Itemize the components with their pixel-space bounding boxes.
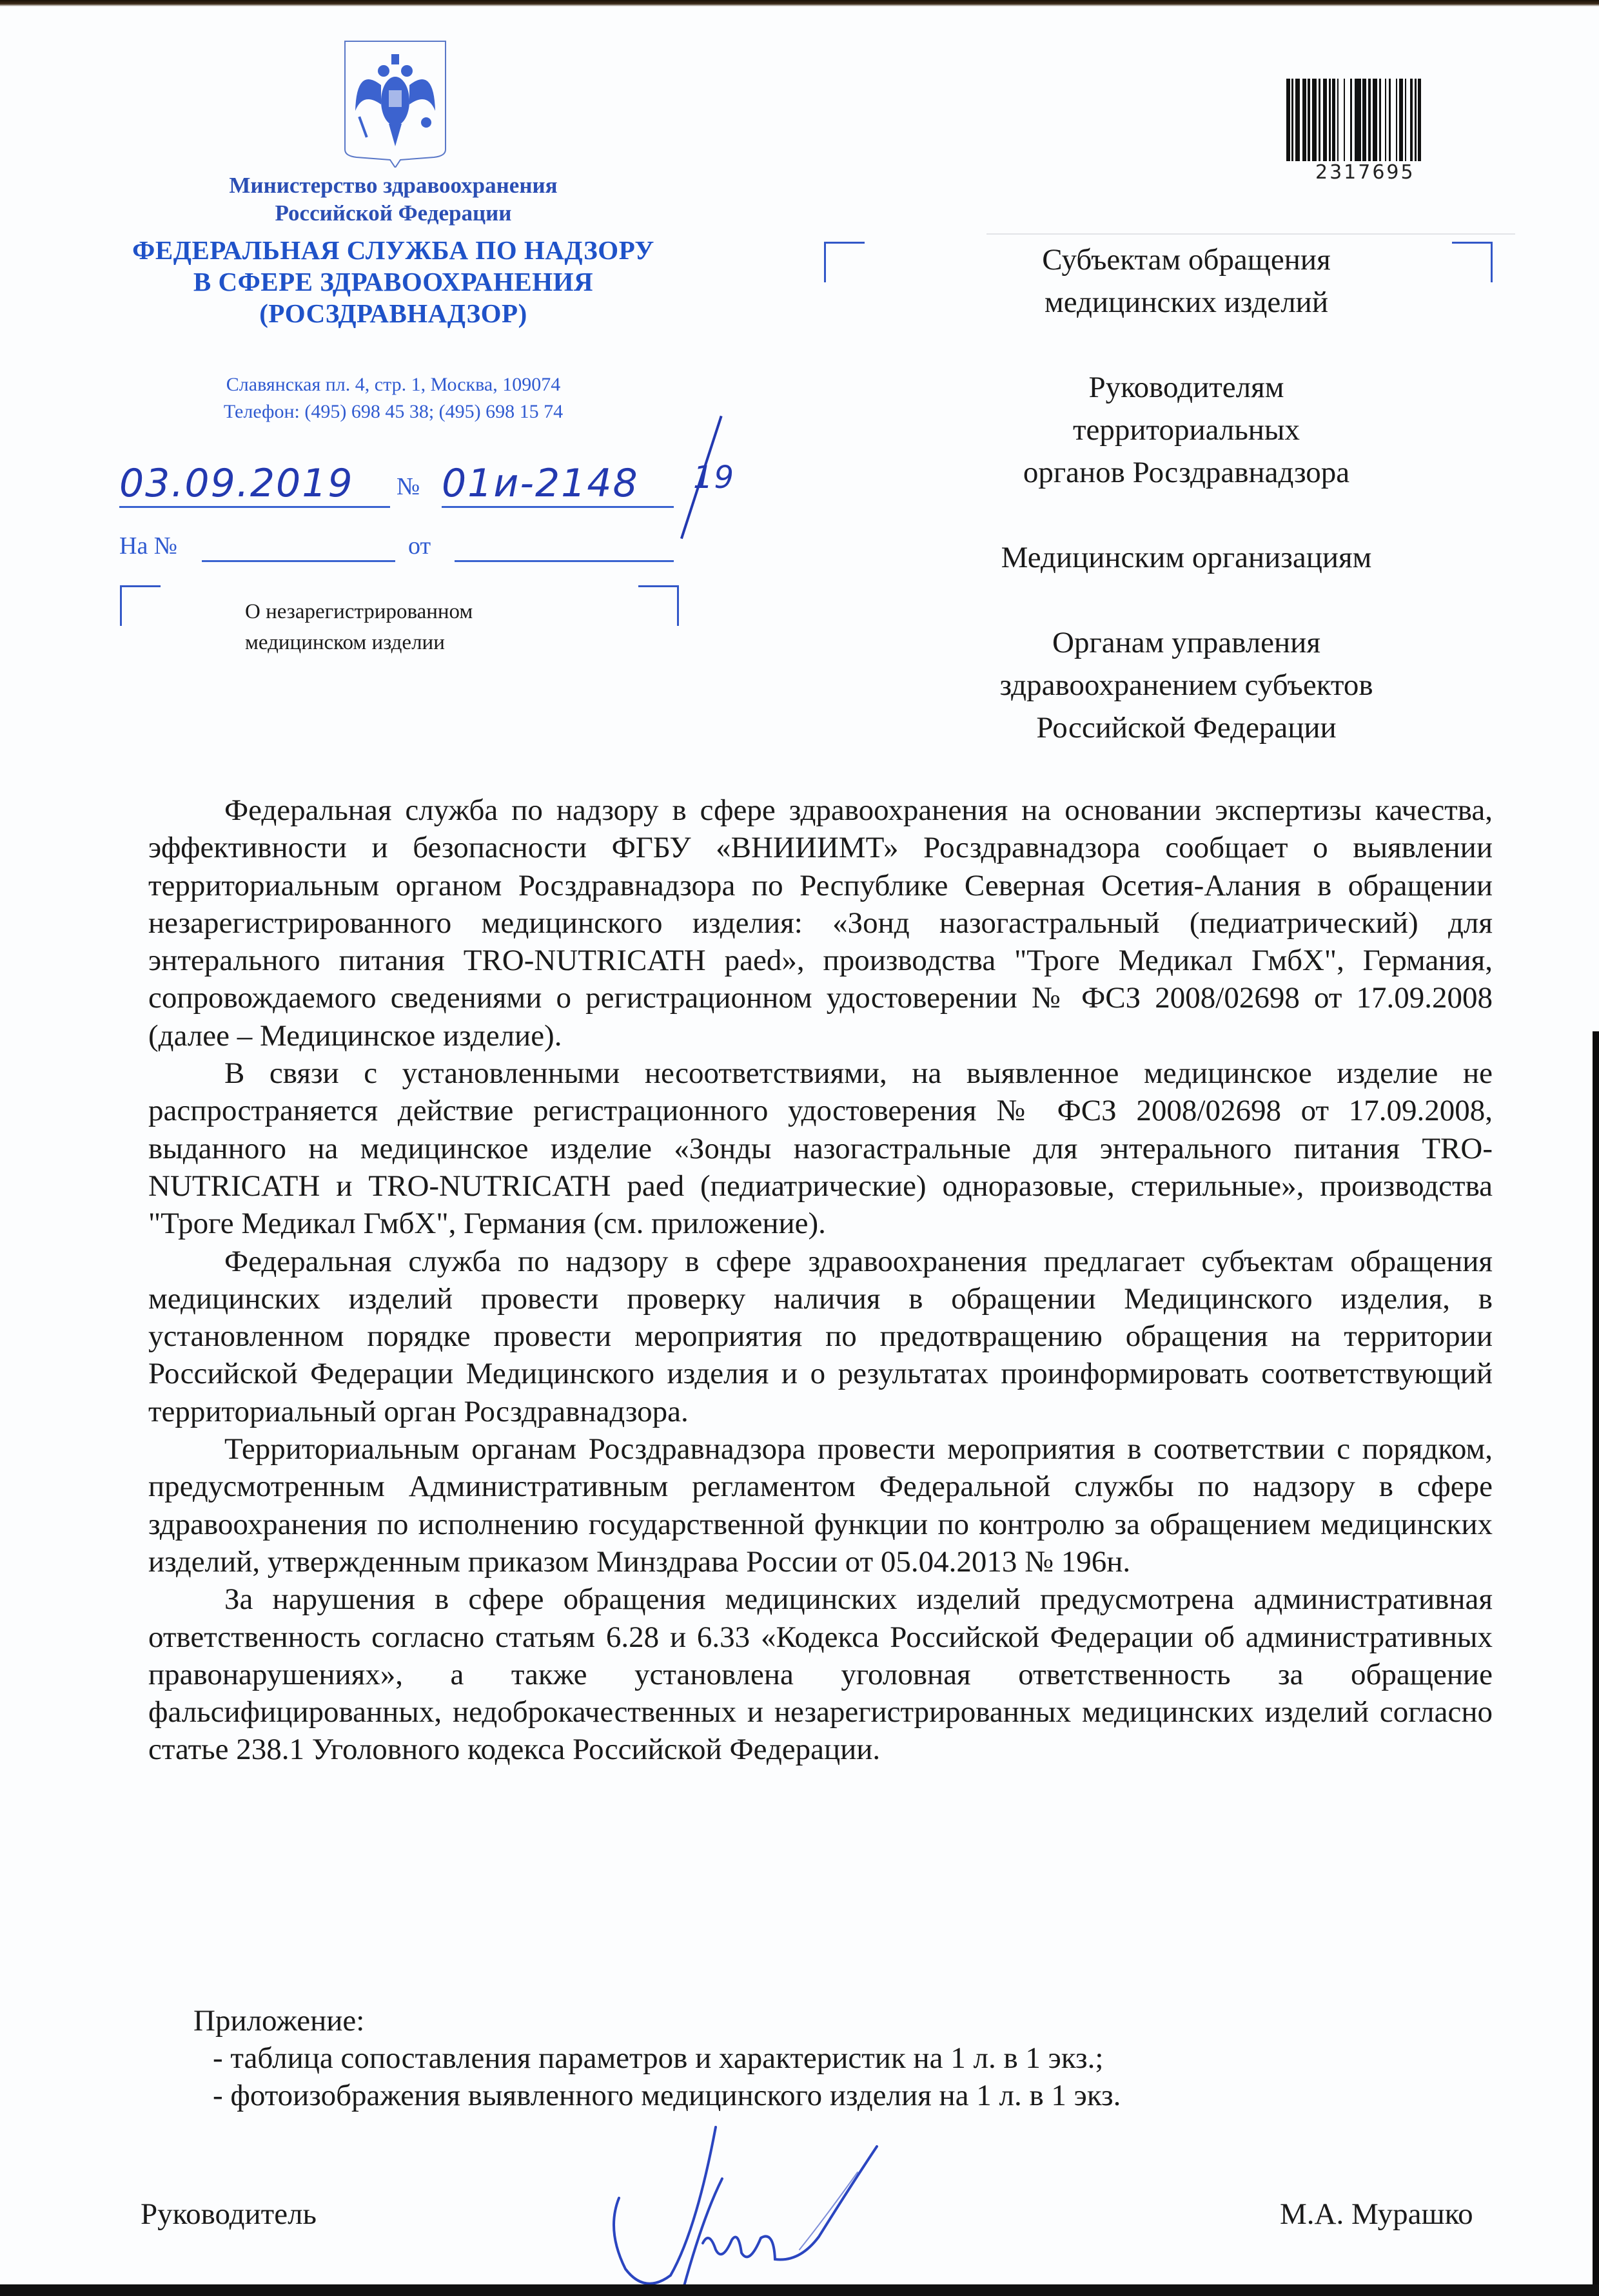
service-name: ФЕДЕРАЛЬНАЯ СЛУЖБА ПО НАДЗОРУ В СФЕРЕ ЗД… xyxy=(97,235,690,329)
signatory-name: М.А. Мурашко xyxy=(1280,2197,1473,2232)
addressee-bracket-right xyxy=(1452,242,1493,282)
subject-bracket-right xyxy=(638,585,679,626)
paragraph-1: Федеральная служба по надзору в сфере зд… xyxy=(148,792,1493,1055)
service-line-1: ФЕДЕРАЛЬНАЯ СЛУЖБА ПО НАДЗОРУ xyxy=(97,235,690,266)
appendix-title: Приложение: xyxy=(193,2002,1121,2039)
appendix: Приложение: - таблица сопоставления пара… xyxy=(193,2002,1121,2114)
coat-of-arms-icon xyxy=(344,40,447,168)
divider xyxy=(986,233,1515,235)
barcode-bar xyxy=(1295,79,1300,161)
scan-edge-top xyxy=(0,0,1599,6)
appendix-item: - таблица сопоставления параметров и хар… xyxy=(193,2039,1121,2077)
addressee-4: Органам управления здравоохранением субъ… xyxy=(941,621,1431,749)
barcode xyxy=(1286,79,1483,162)
letterhead-contacts: Славянская пл. 4, стр. 1, Москва, 109074… xyxy=(116,371,671,425)
addressee-line: Российской Федерации xyxy=(941,706,1431,749)
barcode-bars xyxy=(1286,79,1483,161)
subject-line-2: медицинском изделии xyxy=(245,627,473,658)
addressee-line: территориальных xyxy=(941,409,1431,451)
ministry-line-2: Российской Федерации xyxy=(116,199,671,227)
registration-number: 01и-2148 xyxy=(442,461,674,508)
registration-line: 03.09.2019 № 01и-2148 19 xyxy=(119,461,829,512)
reference-date-field xyxy=(455,560,674,562)
addressee-line: органов Росздравнадзора xyxy=(941,451,1431,494)
paragraph-2: В связи с установленными несоответствиям… xyxy=(148,1055,1493,1242)
ministry-line-1: Министерство здравоохранения xyxy=(116,171,671,199)
barcode-bar xyxy=(1312,79,1317,161)
service-line-2: В СФЕРЕ ЗДРАВООХРАНЕНИЯ xyxy=(97,266,690,298)
reference-number-label: На № xyxy=(119,532,177,560)
addressee-line: Органам управления xyxy=(941,621,1431,664)
addressee-line: Руководителям xyxy=(941,366,1431,409)
reference-number-field xyxy=(202,560,395,562)
phone: Телефон: (495) 698 45 38; (495) 698 15 7… xyxy=(116,398,671,425)
paragraph-3: Федеральная служба по надзору в сфере зд… xyxy=(148,1243,1493,1430)
addressee-2: Руководителям территориальных органов Ро… xyxy=(941,366,1431,494)
handwritten-signature-icon xyxy=(606,2101,1122,2295)
paragraph-4: Территориальным органам Росздравнадзора … xyxy=(148,1430,1493,1581)
registration-date: 03.09.2019 xyxy=(119,461,390,508)
paragraph-5: За нарушения в сфере обращения медицинск… xyxy=(148,1581,1493,1768)
barcode-bar xyxy=(1418,79,1421,161)
addressee-block: Субъектам обращения медицинских изделий … xyxy=(941,238,1431,792)
letter-body: Федеральная служба по надзору в сфере зд… xyxy=(148,792,1493,1769)
subject: О незарегистрированном медицинском издел… xyxy=(245,596,473,658)
registration-number-label: № xyxy=(397,472,420,501)
registration-year-suffix: 19 xyxy=(693,460,735,496)
addressee-3: Медицинским организациям xyxy=(941,536,1431,579)
barcode-bar xyxy=(1391,79,1396,161)
addressee-line: Субъектам обращения xyxy=(941,238,1431,281)
barcode-bar xyxy=(1339,79,1344,161)
scan-edge-right xyxy=(1593,1031,1599,2296)
barcode-number: 2317695 xyxy=(1315,161,1415,184)
reference-line: На № от xyxy=(119,532,680,567)
address: Славянская пл. 4, стр. 1, Москва, 109074 xyxy=(116,371,671,398)
subject-line-1: О незарегистрированном xyxy=(245,596,473,627)
addressee-line: Медицинским организациям xyxy=(941,536,1431,579)
barcode-bar xyxy=(1345,79,1350,161)
addressee-line: здравоохранением субъектов xyxy=(941,664,1431,706)
service-line-3: (РОСЗДРАВНАДЗОР) xyxy=(97,298,690,329)
reference-date-label: от xyxy=(408,532,431,560)
scan-edge-bottom xyxy=(0,2284,1599,2296)
subject-bracket-left xyxy=(120,585,161,626)
barcode-bar xyxy=(1373,79,1377,161)
ministry-name: Министерство здравоохранения Российской … xyxy=(116,171,671,227)
addressee-bracket-left xyxy=(824,242,865,282)
barcode-bar xyxy=(1355,79,1361,161)
signatory-role: Руководитель xyxy=(141,2197,317,2232)
addressee-line: медицинских изделий xyxy=(941,281,1431,324)
addressee-1: Субъектам обращения медицинских изделий xyxy=(941,238,1431,324)
